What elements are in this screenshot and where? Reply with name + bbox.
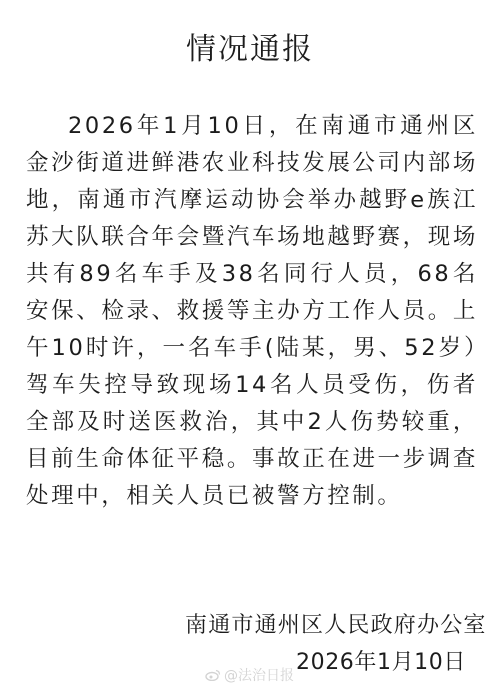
document-title: 情况通报 [0, 30, 500, 70]
watermark-text: @法治日报 [224, 665, 294, 685]
watermark: @法治日报 [205, 665, 294, 685]
weibo-icon [205, 669, 221, 681]
issue-date: 2026年1月10日 [296, 648, 466, 678]
document-body: 2026年1月10日，在南通市通州区金沙街道进鲜港农业科技发展公司内部场地，南通… [26, 108, 478, 515]
issuing-office: 南通市通州区人民政府办公室 [185, 611, 487, 641]
